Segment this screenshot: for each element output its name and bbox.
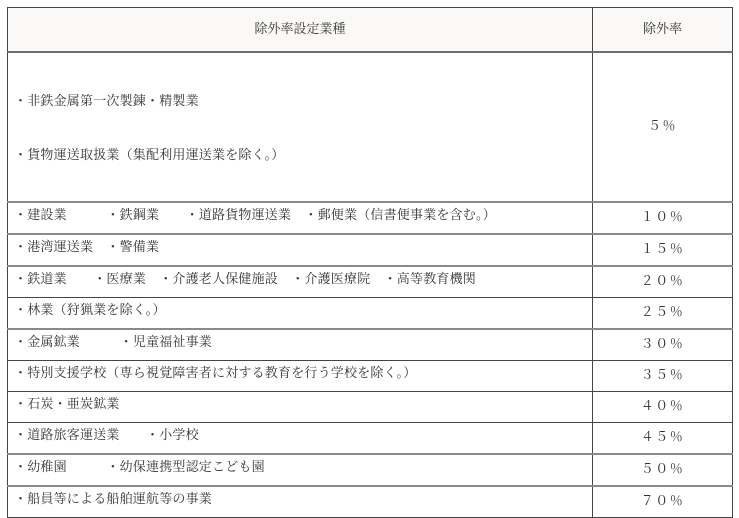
- table-row: ・林業（狩猟業を除く。） ２５％: [8, 298, 733, 330]
- industry-cell: ・金属鉱業 ・児童福祉事業: [8, 329, 593, 361]
- rate-cell: １５％: [593, 234, 733, 266]
- table-row: ・建設業 ・鉄鋼業 ・道路貨物運送業 ・郵便業（信書便事業を含む。） １０％: [8, 202, 733, 234]
- table-row: ・金属鉱業 ・児童福祉事業 ３０％: [8, 329, 733, 361]
- industry-cell: ・林業（狩猟業を除く。）: [8, 298, 593, 330]
- rate-cell: ２０％: [593, 266, 733, 298]
- table-row: ・鉄道業 ・医療業 ・介護老人保健施設 ・介護医療院 ・高等教育機関 ２０％: [8, 266, 733, 298]
- rate-cell: ２５％: [593, 298, 733, 330]
- header-rate: 除外率: [593, 8, 733, 53]
- exclusion-rate-table-container: 除外率設定業種 除外率 ・非鉄金属第一次製錬・精製業 ・貨物運送取扱業（集配利用…: [7, 7, 732, 423]
- table-row: ・特別支援学校（専ら視覚障害者に対する教育を行う学校を除く。） ３５％: [8, 361, 733, 392]
- industry-item: ・非鉄金属第一次製錬・精製業: [14, 93, 592, 111]
- rate-cell: ３０％: [593, 329, 733, 361]
- rate-cell: ３５％: [593, 361, 733, 392]
- table-row: ・港湾運送業 ・警備業 １５％: [8, 234, 733, 266]
- industry-cell: ・特別支援学校（専ら視覚障害者に対する教育を行う学校を除く。）: [8, 361, 593, 392]
- rate-cell: ５％: [593, 52, 733, 202]
- rate-cell: １０％: [593, 202, 733, 234]
- industry-cell: ・石炭・亜炭鉱業: [8, 392, 593, 423]
- industry-item: ・貨物運送取扱業（集配利用運送業を除く。）: [14, 147, 592, 165]
- industry-cell: ・港湾運送業 ・警備業: [8, 234, 593, 266]
- table-row: ・非鉄金属第一次製錬・精製業 ・貨物運送取扱業（集配利用運送業を除く。） ５％: [8, 52, 733, 202]
- industry-cell: ・建設業 ・鉄鋼業 ・道路貨物運送業 ・郵便業（信書便事業を含む。）: [8, 202, 593, 234]
- header-industry: 除外率設定業種: [8, 8, 593, 53]
- rate-cell: ４０％: [593, 392, 733, 423]
- industry-cell: ・非鉄金属第一次製錬・精製業 ・貨物運送取扱業（集配利用運送業を除く。）: [8, 52, 593, 202]
- table-row: ・石炭・亜炭鉱業 ４０％: [8, 392, 733, 423]
- table-header-row: 除外率設定業種 除外率: [8, 8, 733, 53]
- exclusion-rate-table: 除外率設定業種 除外率 ・非鉄金属第一次製錬・精製業 ・貨物運送取扱業（集配利用…: [7, 7, 733, 423]
- industry-cell: ・鉄道業 ・医療業 ・介護老人保健施設 ・介護医療院 ・高等教育機関: [8, 266, 593, 298]
